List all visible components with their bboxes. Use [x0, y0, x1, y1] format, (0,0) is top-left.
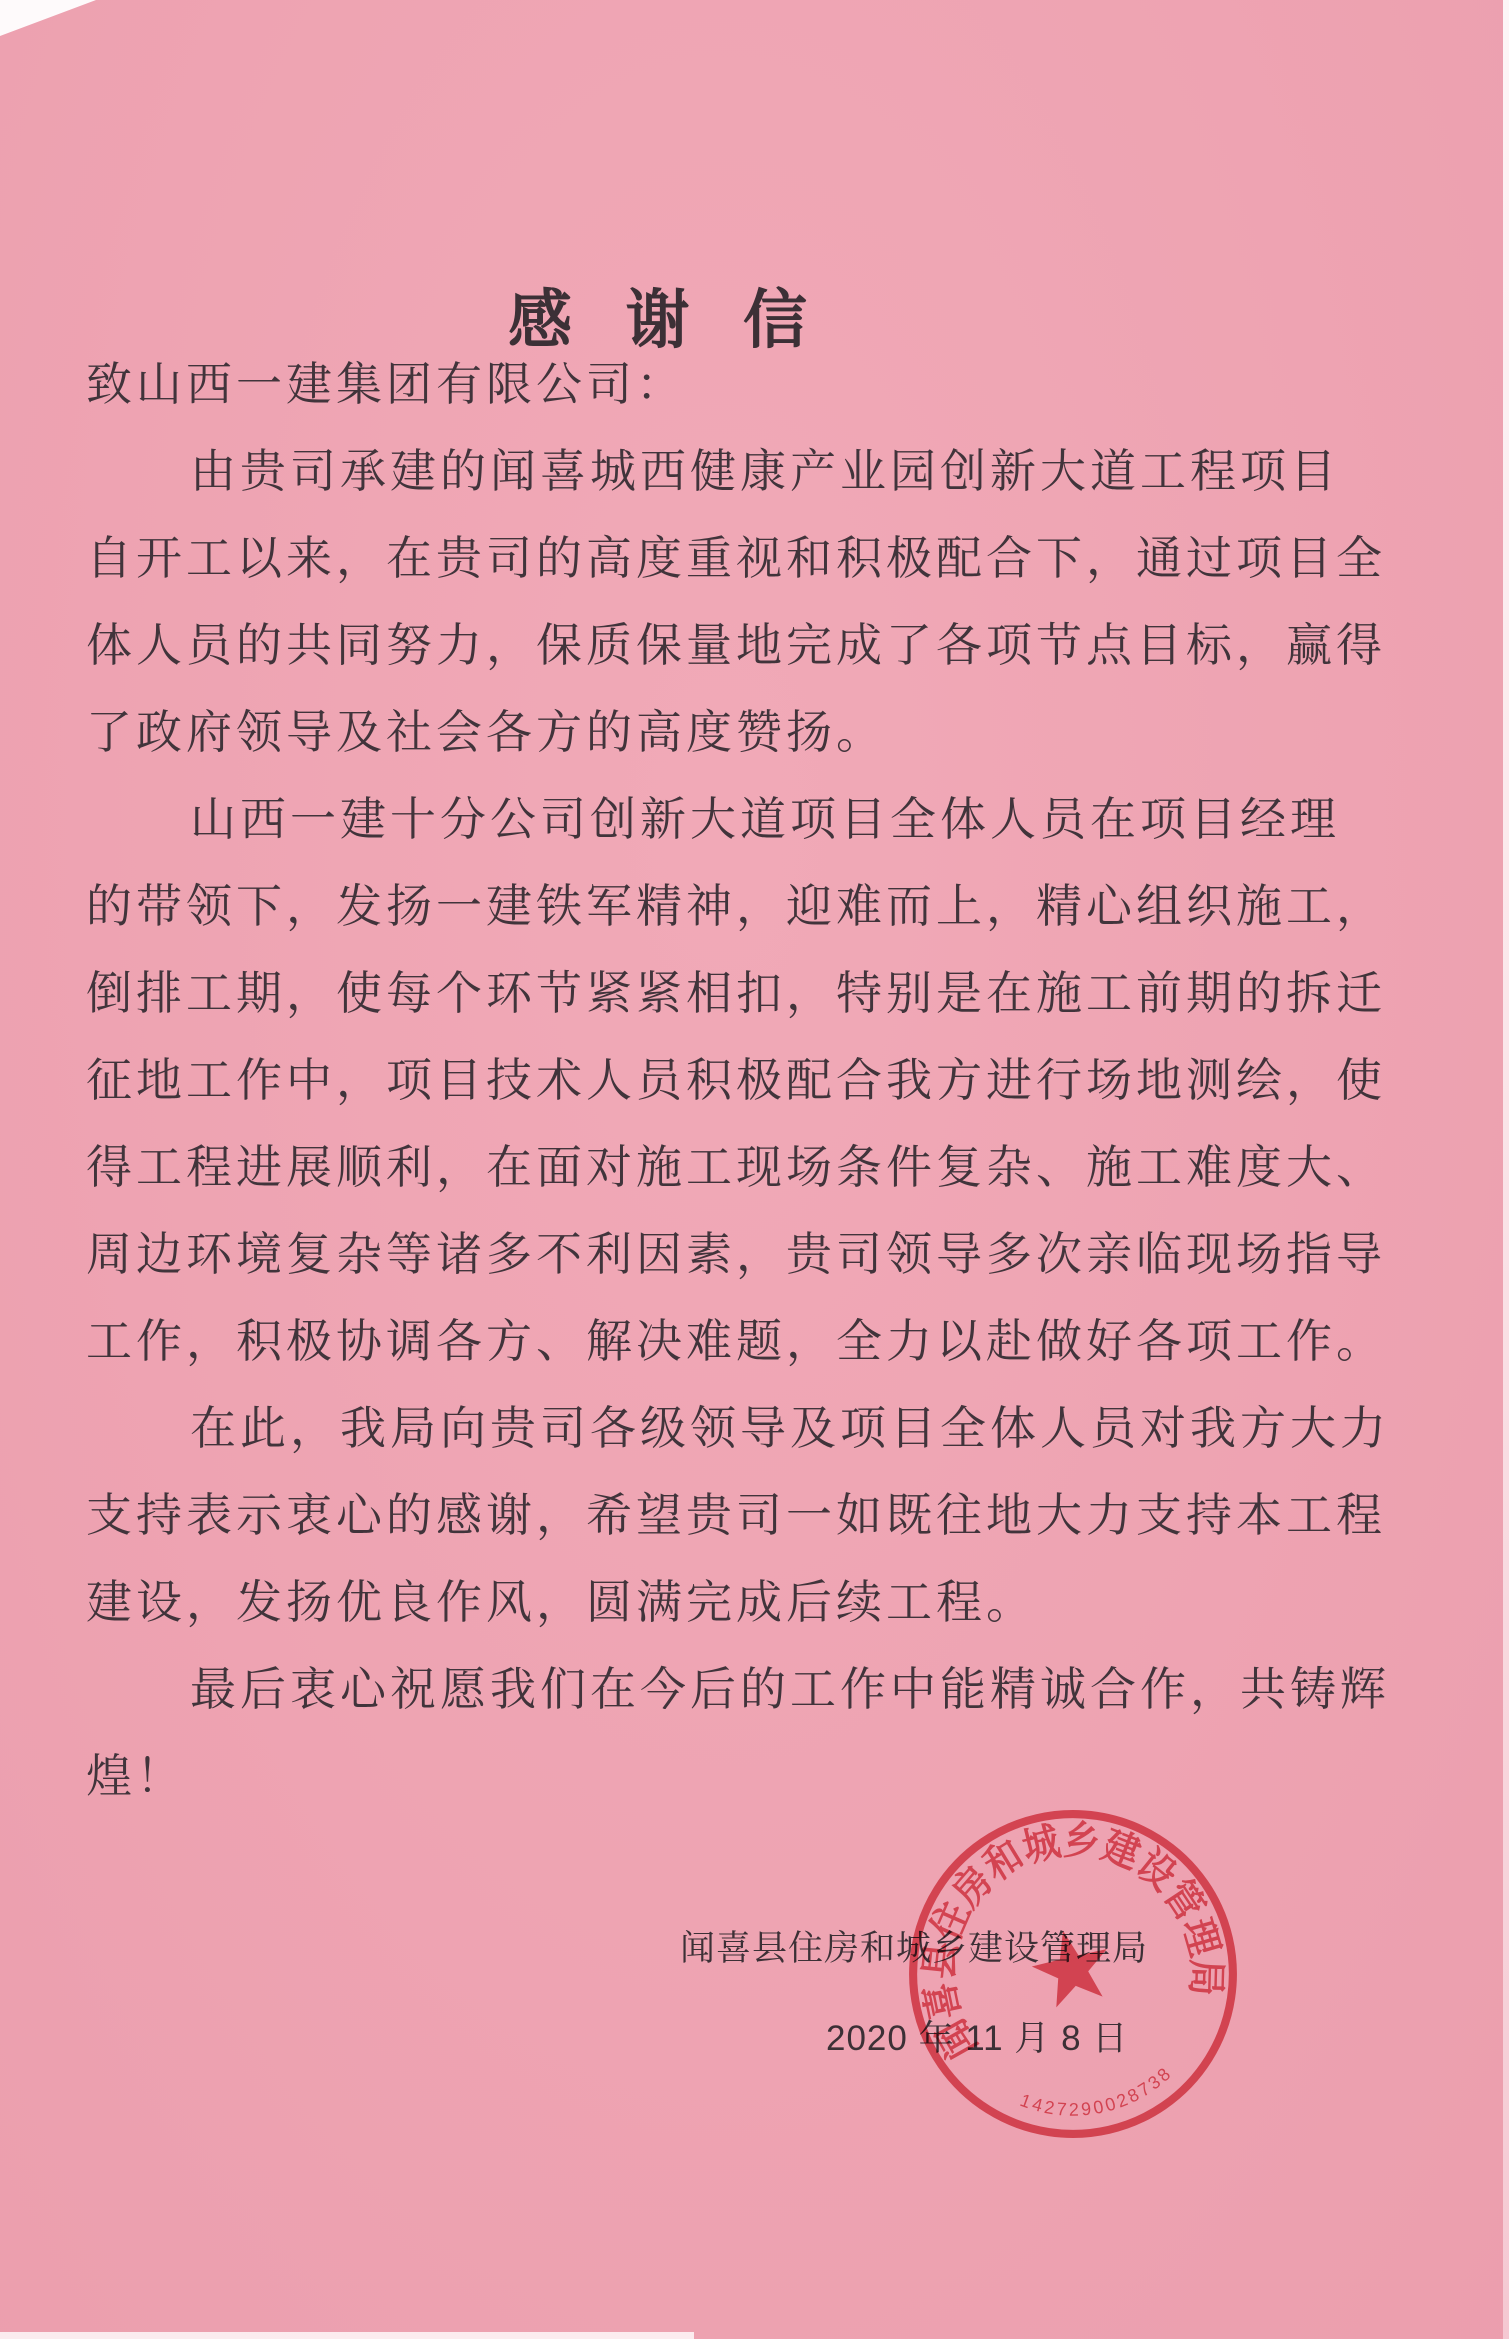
seal-serial-text: 1427290028738	[1014, 2056, 1182, 2135]
paragraph-line: 了政府领导及社会各方的高度赞扬。	[86, 689, 1416, 776]
paragraph-line: 的带领下，发扬一建铁军精神，迎难而上，精心组织施工，	[86, 863, 1416, 950]
paragraph: 山西一建十分公司创新大道项目全体人员在项目经理的带领下，发扬一建铁军精神，迎难而…	[86, 776, 1416, 1385]
paragraph-line: 体人员的共同努力，保质保量地完成了各项节点目标，赢得	[86, 602, 1416, 689]
paragraph-line: 自开工以来，在贵司的高度重视和积极配合下，通过项目全	[86, 515, 1416, 602]
scan-artifact-bottom-edge	[0, 2332, 694, 2339]
seal-ring-text: 闻喜县住房和城乡建设管理局	[885, 1786, 1240, 2069]
scan-artifact-right-edge	[1503, 0, 1509, 2339]
paragraph: 由贵司承建的闻喜城西健康产业园创新大道工程项目自开工以来，在贵司的高度重视和积极…	[86, 428, 1416, 776]
star-icon	[1026, 1922, 1117, 2011]
paragraph-line: 煌！	[86, 1733, 1416, 1820]
official-seal: 闻喜县住房和城乡建设管理局 1427290028738	[869, 1770, 1277, 2178]
salutation: 致山西一建集团有限公司：	[86, 341, 1416, 428]
paragraph: 最后衷心祝愿我们在今后的工作中能精诚合作，共铸辉煌！	[86, 1646, 1416, 1820]
paragraph-line: 周边环境复杂等诸多不利因素，贵司领导多次亲临现场指导	[86, 1211, 1416, 1298]
scan-artifact-top-left	[0, 0, 96, 36]
paragraph-line: 工作，积极协调各方、解决难题，全力以赴做好各项工作。	[86, 1298, 1416, 1385]
paragraph: 在此，我局向贵司各级领导及项目全体人员对我方大力支持表示衷心的感谢，希望贵司一如…	[86, 1385, 1416, 1646]
paragraph-line: 倒排工期，使每个环节紧紧相扣，特别是在施工前期的拆迁	[86, 950, 1416, 1037]
paragraph-line: 建设，发扬优良作风，圆满完成后续工程。	[86, 1559, 1416, 1646]
letter-page: 感 谢 信 致山西一建集团有限公司： 由贵司承建的闻喜城西健康产业园创新大道工程…	[0, 0, 1509, 2339]
paragraph-line: 支持表示衷心的感谢，希望贵司一如既往地大力支持本工程	[86, 1472, 1416, 1559]
paragraph-line: 最后衷心祝愿我们在今后的工作中能精诚合作，共铸辉	[86, 1646, 1416, 1733]
paragraph-line: 征地工作中，项目技术人员积极配合我方进行场地测绘，使	[86, 1037, 1416, 1124]
paragraph-line: 由贵司承建的闻喜城西健康产业园创新大道工程项目	[86, 428, 1416, 515]
paragraph-line: 在此，我局向贵司各级领导及项目全体人员对我方大力	[86, 1385, 1416, 1472]
paragraph-line: 得工程进展顺利，在面对施工现场条件复杂、施工难度大、	[86, 1124, 1416, 1211]
paragraph-line: 山西一建十分公司创新大道项目全体人员在项目经理	[86, 776, 1416, 863]
letter-body: 致山西一建集团有限公司： 由贵司承建的闻喜城西健康产业园创新大道工程项目自开工以…	[86, 341, 1416, 1820]
